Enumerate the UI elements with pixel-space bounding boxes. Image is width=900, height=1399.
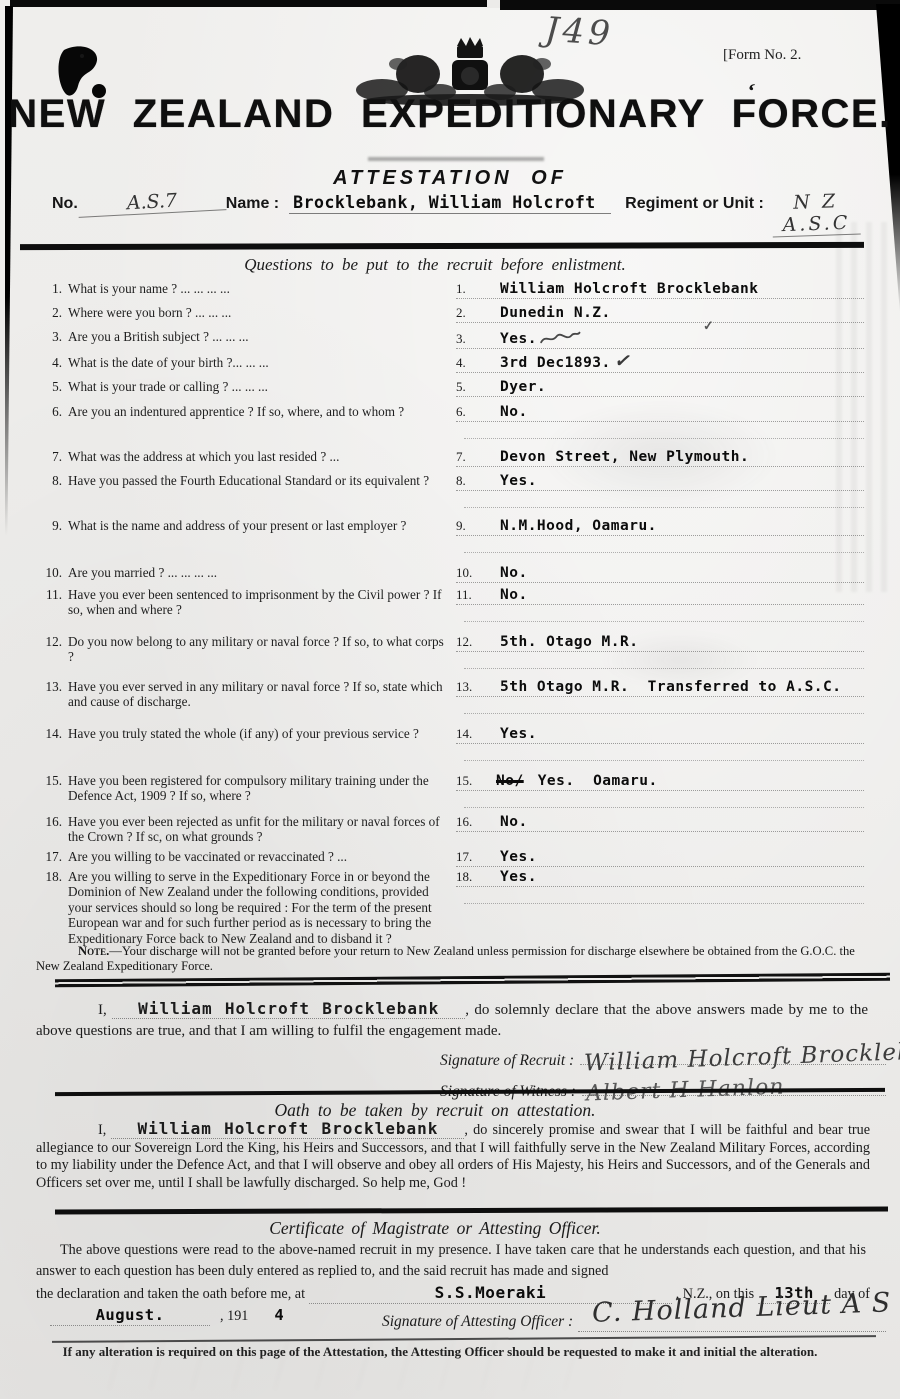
question-text: Have you ever been rejected as unfit for… (68, 814, 448, 845)
answer-number: 14. (456, 726, 486, 742)
unit-label: Regiment or Unit : (625, 195, 764, 213)
answer-value: Yes. (486, 332, 537, 348)
oath-pronoun: I, (98, 1122, 106, 1138)
attestation-place-value: S.S.Moeraki (435, 1283, 546, 1302)
attestation-form-page: [Form No. 2. J49 ʻ NEW ZEALAND EXPEDITIO… (0, 0, 900, 1399)
answer-number: 18. (456, 869, 486, 885)
question-number: 15. (36, 773, 68, 804)
question-row: 9.What is the name and address of your p… (36, 518, 864, 553)
attestation-month-line: August. , 191 4 (50, 1306, 284, 1326)
answer-number: 10. (456, 565, 486, 581)
answer-number: 4. (456, 355, 486, 371)
question-number: 7. (36, 449, 68, 465)
serial-number-label: No. (52, 195, 78, 213)
signature-of-attesting-officer-label: Signature of Attesting Officer : (382, 1313, 573, 1331)
question-text: Are you willing to be vaccinated or reva… (68, 849, 448, 865)
unit-value: N Z A.S.C (771, 189, 861, 237)
answer-value: Yes. (486, 474, 537, 490)
answer-value: William Holcroft Brocklebank (486, 282, 758, 298)
question-row: 1.What is your name ? ... ... ... ...1.W… (36, 281, 864, 299)
answer-value: Dyer. (486, 380, 546, 396)
checkmark-icon: ✓ (614, 356, 632, 367)
scan-edge-top-notch (487, 0, 500, 8)
answer-value: No. (486, 815, 528, 831)
question-row: 14.Have you truly stated the whole (if a… (36, 726, 864, 761)
title-underline-smudge (368, 157, 544, 161)
discharge-note: Note.—Your discharge will not be granted… (36, 944, 862, 974)
note-rule (55, 973, 890, 988)
question-number: 16. (36, 814, 68, 845)
oath-heading: Oath to be taken by recruit on attestati… (0, 1100, 870, 1121)
signature-of-witness-row: Signature of Witness : Albert H Hanlon (440, 1073, 886, 1101)
question-row: 15.Have you been registered for compulso… (36, 773, 864, 808)
identity-row: No. A.S.7 Name : Brocklebank, William Ho… (52, 191, 860, 236)
answer-value: No. (486, 588, 528, 604)
question-text: Have you ever served in any military or … (68, 679, 448, 710)
questions-table: 1.What is your name ? ... ... ... ...1.W… (36, 281, 864, 952)
answer-struck-text: No/ (486, 774, 524, 790)
answer-value: Devon Street, New Plymouth. (486, 450, 749, 466)
question-row: 5.What is your trade or calling ? ... ..… (36, 379, 864, 397)
answer-number: 5. (456, 379, 486, 395)
recruit-name-typed: William Holcroft Brocklebank (112, 999, 465, 1019)
page-title: NEW ZEALAND EXPEDITIONARY FORCE. (0, 92, 900, 137)
question-text: Have you ever been sentenced to imprison… (68, 587, 448, 618)
blank-answer-line (464, 605, 864, 622)
question-number: 14. (36, 726, 68, 742)
question-number: 4. (36, 355, 68, 371)
blank-answer-line (464, 744, 864, 761)
declaration-pronoun: I, (98, 1002, 107, 1018)
answer-value: No. (486, 405, 528, 421)
question-row: 4.What is the date of your birth ?... ..… (36, 355, 864, 373)
answer-value: Yes. (486, 850, 537, 866)
question-row: 13.Have you ever served in any military … (36, 679, 864, 714)
question-text: Are you willing to serve in the Expediti… (68, 869, 448, 947)
answer-number: 7. (456, 449, 486, 465)
answer-number: 6. (456, 404, 486, 420)
question-row: 6.Are you an indentured apprentice ? If … (36, 404, 864, 439)
question-number: 8. (36, 473, 68, 489)
answer-number: 2. (456, 305, 486, 321)
year-prefix-text: , 191 (220, 1308, 248, 1325)
header-rule (20, 242, 864, 250)
answer-number: 16. (456, 814, 486, 830)
question-text: Have you truly stated the whole (if any)… (68, 726, 448, 742)
signature-of-recruit-label: Signature of Recruit : (440, 1052, 574, 1070)
answer-value: Yes. (486, 870, 537, 886)
question-row: 8.Have you passed the Fourth Educational… (36, 473, 864, 508)
answer-number: 9. (456, 518, 486, 534)
question-row: 17.Are you willing to be vaccinated or r… (36, 849, 864, 867)
answer-number: 8. (456, 473, 486, 489)
answer-value: 3rd Dec1893. (486, 356, 611, 372)
question-number: 2. (36, 305, 68, 321)
oath-rule (55, 1207, 888, 1215)
answer-number: 17. (456, 849, 486, 865)
question-row: 18.Are you willing to serve in the Exped… (36, 869, 864, 947)
attesting-officer-signature-line (578, 1331, 886, 1332)
question-text: What is the date of your birth ?... ... … (68, 355, 448, 371)
question-text: What is your name ? ... ... ... ... (68, 281, 448, 297)
answer-value: N.M.Hood, Oamaru. (486, 519, 657, 535)
blank-answer-line (464, 536, 864, 553)
name-label: Name : (226, 195, 279, 213)
answer-number: 15. (456, 773, 486, 789)
question-text: Have you passed the Fourth Educational S… (68, 473, 448, 489)
question-number: 1. (36, 281, 68, 297)
blank-answer-line (464, 887, 864, 904)
before-place-text: the declaration and taken the oath befor… (36, 1286, 305, 1303)
handwritten-scribble (538, 330, 581, 350)
page-subtitle: ATTESTATION OF (0, 167, 900, 190)
answer-value: 5th. Otago M.R. (486, 635, 638, 651)
question-row: 12.Do you now belong to any military or … (36, 634, 864, 669)
signature-of-recruit-row: Signature of Recruit : William Holcroft … (440, 1042, 886, 1070)
attestation-year-value: 4 (274, 1306, 284, 1324)
footer-note: If any alteration is required on this pa… (0, 1344, 880, 1360)
question-number: 17. (36, 849, 68, 865)
answer-number: 12. (456, 634, 486, 650)
blank-answer-line (464, 791, 864, 808)
question-text: Where were you born ? ... ... ... (68, 305, 448, 321)
question-row: 2.Where were you born ? ... ... ...2.Dun… (36, 305, 864, 323)
question-text: What was the address at which you last r… (68, 449, 448, 465)
scan-edge-top-right (500, 0, 900, 10)
oath-text: I, William Holcroft Brocklebank, do sinc… (36, 1120, 870, 1192)
question-number: 6. (36, 404, 68, 420)
serial-number-value: A.S.7 (77, 187, 226, 218)
declaration-text: I, William Holcroft Brocklebank, do sole… (36, 998, 868, 1042)
note-label: Note. (78, 944, 109, 958)
question-number: 12. (36, 634, 68, 665)
question-text: Have you been registered for compulsory … (68, 773, 448, 804)
answer-value: 5th Otago M.R. Transferred to A.S.C. (486, 680, 842, 696)
blank-answer-line (464, 652, 864, 669)
question-text: Are you married ? ... ... ... ... (68, 565, 448, 581)
name-value: Brocklebank, William Holcroft (293, 193, 596, 212)
questions-heading: Questions to be put to the recruit befor… (0, 255, 870, 275)
question-number: 9. (36, 518, 68, 534)
recruit-name-typed-oath: William Holcroft Brocklebank (111, 1119, 464, 1139)
certificate-body: The above questions were read to the abo… (36, 1240, 866, 1281)
question-row: 11.Have you ever been sentenced to impri… (36, 587, 864, 622)
question-row: 10.Are you married ? ... ... ... ...10.N… (36, 565, 864, 583)
answer-value: Yes. (486, 727, 537, 743)
answer-value: No. (486, 566, 528, 582)
question-row: 7.What was the address at which you last… (36, 449, 864, 467)
answer-value: Yes. Oamaru. (524, 774, 658, 790)
answer-number: 13. (456, 679, 486, 695)
question-number: 18. (36, 869, 68, 947)
question-number: 13. (36, 679, 68, 710)
blank-answer-line (464, 422, 864, 439)
question-number: 5. (36, 379, 68, 395)
certificate-heading: Certificate of Magistrate or Attesting O… (0, 1218, 870, 1239)
question-number: 10. (36, 565, 68, 581)
blank-answer-line (464, 697, 864, 714)
question-text: What is the name and address of your pre… (68, 518, 448, 534)
blank-answer-line (464, 491, 864, 508)
answer-number: 1. (456, 281, 486, 297)
recruit-signature: William Holcroft Brocklebank (584, 1037, 900, 1076)
question-text: Do you now belong to any military or nav… (68, 634, 448, 665)
question-number: 3. (36, 329, 68, 345)
question-row: 16.Have you ever been rejected as unfit … (36, 814, 864, 845)
form-number: [Form No. 2. (723, 47, 801, 64)
answer-value: Dunedin N.Z. (486, 306, 611, 322)
question-text: Are you a British subject ? ... ... ... (68, 329, 448, 345)
note-text: —Your discharge will not be granted befo… (36, 944, 855, 973)
answer-number: 3. (456, 331, 486, 347)
question-text: What is your trade or calling ? ... ... … (68, 379, 448, 395)
question-number: 11. (36, 587, 68, 618)
question-row: 3.Are you a British subject ? ... ... ..… (36, 329, 864, 349)
attestation-month-value: August. (96, 1306, 165, 1324)
answer-number: 11. (456, 587, 486, 603)
question-text: Are you an indentured apprentice ? If so… (68, 404, 448, 420)
